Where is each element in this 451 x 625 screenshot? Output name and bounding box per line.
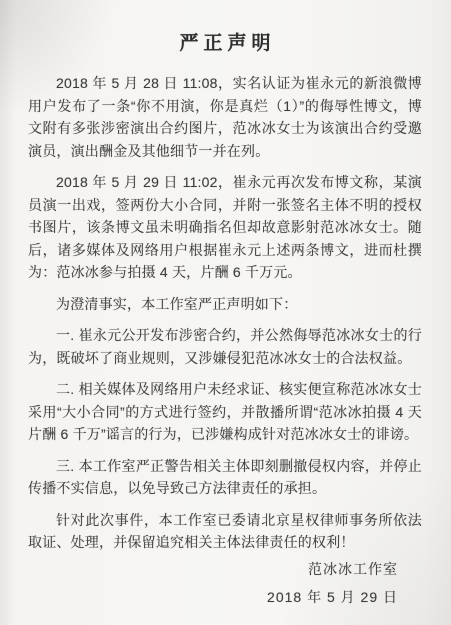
document-title: 严正声明 bbox=[28, 28, 422, 55]
statement-paragraph-closing: 针对此次事件，本工作室已委请北京星权律师事务所依法取证、处理，并保留追究相关主体… bbox=[28, 509, 422, 554]
statement-item-1: 一. 崔永元公开发布涉密合约，并公然侮辱范冰冰女士的行为，既破坏了商业规则，又涉… bbox=[28, 324, 422, 369]
signature-block: 范冰冰工作室 2018 年 5 月 29 日 bbox=[28, 558, 422, 609]
signature-date: 2018 年 5 月 29 日 bbox=[28, 586, 398, 609]
statement-item-3: 三. 本工作室严正警告相关主体即刻删撤侵权内容，并停止传播不实信息，以免导致己方… bbox=[28, 455, 422, 500]
document-page: 严正声明 2018 年 5 月 28 日 11:08，实名认证为崔永元的新浪微博… bbox=[0, 0, 451, 625]
signature: 范冰冰工作室 bbox=[28, 558, 398, 581]
statement-paragraph-intro-1: 2018 年 5 月 28 日 11:08，实名认证为崔永元的新浪微博用户发布了… bbox=[28, 72, 422, 162]
statement-paragraph-intro-2: 2018 年 5 月 29 日 11:02，崔永元再次发布博文称，某演员演一出戏… bbox=[28, 171, 422, 284]
statement-item-2: 二. 相关媒体及网络用户未经求证、核实便宣称范冰冰女士采用“大小合同”的方式进行… bbox=[28, 378, 422, 446]
statement-paragraph-lead: 为澄清事实，本工作室严正声明如下： bbox=[28, 293, 422, 316]
